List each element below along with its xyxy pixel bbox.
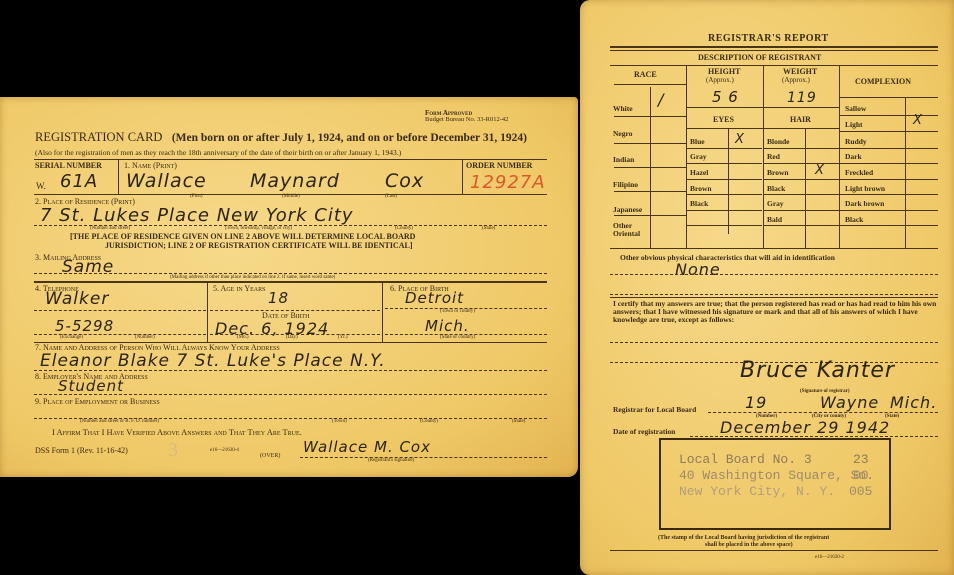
name-middle: Maynard bbox=[250, 170, 340, 192]
eyes-black: Black bbox=[690, 199, 708, 208]
local-board-number: 19 bbox=[745, 393, 767, 412]
registration-date-label: Date of registration bbox=[613, 427, 675, 436]
budget-bureau: Budget Bureau No. 33-R012-42 bbox=[425, 116, 508, 123]
card-title: REGISTRATION CARD bbox=[35, 130, 162, 144]
race-other-oriental: Other Oriental bbox=[613, 222, 653, 238]
jurisdiction-note-2: JURISDICTION; LINE 2 OF REGISTRATION CER… bbox=[105, 241, 413, 250]
sub-state: (State) bbox=[482, 226, 495, 231]
sub-mo: (Mo.) bbox=[237, 335, 249, 340]
hair-gray: Gray bbox=[767, 199, 784, 208]
order-number-value: 12927A bbox=[470, 172, 546, 193]
sub-town: (Town, township, village, or city) bbox=[225, 226, 292, 231]
mailing-sub: (Mailing address if other than place ind… bbox=[170, 275, 335, 280]
sub-county: (County) bbox=[395, 226, 413, 231]
weight-header: WEIGHT bbox=[783, 67, 817, 76]
jurisdiction-note-1: [THE PLACE OF RESIDENCE GIVEN ON LINE 2 … bbox=[70, 232, 415, 241]
print-code: e16—21630-4 bbox=[210, 448, 239, 453]
hair-header: HAIR bbox=[790, 115, 811, 124]
signature-label: (Registrant's signature) bbox=[368, 458, 414, 463]
hair-brown: Brown bbox=[767, 168, 789, 177]
registration-date-value: December 29 1942 bbox=[720, 418, 890, 437]
sub-emp-county: (County) bbox=[420, 419, 438, 424]
stamp-note-2: shall be placed in the above space) bbox=[705, 542, 793, 548]
complexion-light: Light bbox=[845, 120, 863, 129]
eyes-blue: Blue bbox=[690, 137, 705, 146]
dob-value: Dec. 6, 1924 bbox=[215, 319, 329, 338]
race-negro: Negro bbox=[613, 129, 632, 138]
registrars-report: REGISTRAR'S REPORT DESCRIPTION OF REGIST… bbox=[580, 0, 954, 575]
contact-value: Eleanor Blake 7 St. Luke's Place N.Y. bbox=[40, 351, 386, 371]
eyes-check-mark: X bbox=[735, 132, 745, 147]
name-last: Cox bbox=[385, 170, 424, 192]
telephone-number: 5-5298 bbox=[55, 317, 114, 335]
mailing-value: Same bbox=[62, 257, 114, 277]
residence-value: 7 St. Lukes Place New York City bbox=[40, 205, 354, 226]
over-label: (OVER) bbox=[260, 453, 280, 459]
race-indian: Indian bbox=[613, 155, 634, 164]
complexion-black: Black bbox=[845, 215, 863, 224]
stamp-line-2: 40 Washington Square, So. bbox=[679, 468, 874, 483]
race-white: White bbox=[613, 104, 633, 113]
sub-emp-street: (Number and street or R. F. D. number) bbox=[80, 419, 159, 424]
hair-red: Red bbox=[767, 152, 780, 161]
employer-value: Student bbox=[58, 377, 124, 395]
telephone-exchange: Walker bbox=[45, 289, 109, 309]
card-title-sub: (Men born on or after July 1, 1924, and … bbox=[172, 132, 527, 144]
form-id: DSS Form 1 (Rev. 11-16-42) bbox=[35, 446, 128, 455]
age-label: 5. Age in Years bbox=[213, 284, 265, 293]
age-value: 18 bbox=[268, 289, 289, 307]
weight-value: 119 bbox=[787, 90, 817, 106]
sub-number: (Number) bbox=[135, 335, 155, 340]
sub-day: (Day) bbox=[286, 335, 298, 340]
local-board-city: Wayne bbox=[820, 393, 879, 412]
serial-number-value: 61A bbox=[60, 171, 98, 192]
order-number-label: ORDER NUMBER bbox=[466, 161, 532, 170]
sub-exchange: (Exchange) bbox=[60, 335, 83, 340]
hair-black: Black bbox=[767, 184, 785, 193]
serial-prefix: W. bbox=[36, 181, 46, 191]
eyes-hazel: Hazel bbox=[690, 168, 708, 177]
height-value: 5 6 bbox=[712, 88, 739, 106]
right-print-code: e16—21630-2 bbox=[815, 555, 844, 560]
birthplace-town: Detroit bbox=[405, 289, 464, 307]
eyes-gray: Gray bbox=[690, 152, 707, 161]
employment-place-label: 9. Place of Employment or Business bbox=[35, 397, 160, 406]
race-japanese: Japanese bbox=[613, 205, 642, 214]
sub-birth-town: (Town or county) bbox=[440, 309, 475, 314]
description-header: DESCRIPTION OF REGISTRANT bbox=[698, 53, 821, 62]
hair-bald: Bald bbox=[767, 215, 782, 224]
stamp-line-3: New York City, N. Y. bbox=[679, 484, 835, 499]
certify-statement: I certify that my answers are true; that… bbox=[613, 300, 941, 324]
hair-check-mark: X bbox=[815, 163, 825, 178]
complexion-dark: Dark bbox=[845, 152, 862, 161]
complexion-header: COMPLEXION bbox=[855, 77, 911, 86]
stamp-note-1: (The stamp of the Local Board having jur… bbox=[658, 535, 829, 541]
height-header: HEIGHT bbox=[708, 67, 740, 76]
stamp-line-1: Local Board No. 3 bbox=[679, 452, 812, 467]
sub-street: (Number and street) bbox=[90, 226, 130, 231]
hair-blonde: Blonde bbox=[767, 137, 790, 146]
pencil-mark: 3 bbox=[168, 439, 178, 462]
birthplace-state: Mich. bbox=[425, 317, 470, 335]
registrar-signature: Bruce Kanter bbox=[740, 358, 895, 383]
race-header: RACE bbox=[634, 70, 657, 79]
local-board-label: Registrar for Local Board bbox=[613, 405, 696, 414]
registration-card-front: Form Approved Budget Bureau No. 33-R012-… bbox=[0, 97, 578, 477]
sub-birth-state: (State or country) bbox=[440, 335, 475, 340]
card-title-row: REGISTRATION CARD (Men born on or after … bbox=[35, 130, 527, 145]
race-filipino: Filipino bbox=[613, 180, 638, 189]
affirm-statement: I Affirm That I Have Verified Above Answ… bbox=[52, 427, 302, 437]
sub-emp-state: (State) bbox=[512, 419, 525, 424]
name-first: Wallace bbox=[126, 170, 207, 192]
other-characteristics-value: None bbox=[675, 260, 721, 279]
report-title: REGISTRAR'S REPORT bbox=[708, 33, 829, 44]
complexion-ruddy: Ruddy bbox=[845, 137, 867, 146]
complexion-sallow: Sallow bbox=[845, 104, 866, 113]
registrant-signature: Wallace M. Cox bbox=[303, 438, 431, 456]
stamp-code-1: 23 bbox=[853, 452, 869, 467]
stamp-code-3: 005 bbox=[849, 484, 872, 499]
sub-emp-town: (Town) bbox=[332, 419, 347, 424]
race-check-mark: / bbox=[658, 90, 664, 109]
complexion-dark-brown: Dark brown bbox=[845, 199, 884, 208]
height-sub: (Approx.) bbox=[706, 76, 734, 84]
serial-number-label: SERIAL NUMBER bbox=[35, 161, 102, 170]
weight-sub: (Approx.) bbox=[782, 76, 810, 84]
complexion-freckled: Freckled bbox=[845, 168, 873, 177]
stamp-code-2: 00 bbox=[853, 468, 869, 483]
other-characteristics-label: Other obvious physical characteristics t… bbox=[620, 253, 835, 262]
sub-yr: (Yr.) bbox=[338, 335, 348, 340]
local-board-state: Mich. bbox=[890, 393, 937, 412]
eyes-header: EYES bbox=[713, 115, 734, 124]
card-subtitle: (Also for the registration of men as the… bbox=[35, 148, 401, 157]
eyes-brown: Brown bbox=[690, 184, 712, 193]
name-label: 1. Name (Print) bbox=[124, 161, 177, 170]
complexion-light-brown: Light brown bbox=[845, 184, 885, 193]
complexion-check-mark: X bbox=[913, 113, 923, 128]
local-board-stamp-box: Local Board No. 3 23 40 Washington Squar… bbox=[659, 438, 891, 530]
